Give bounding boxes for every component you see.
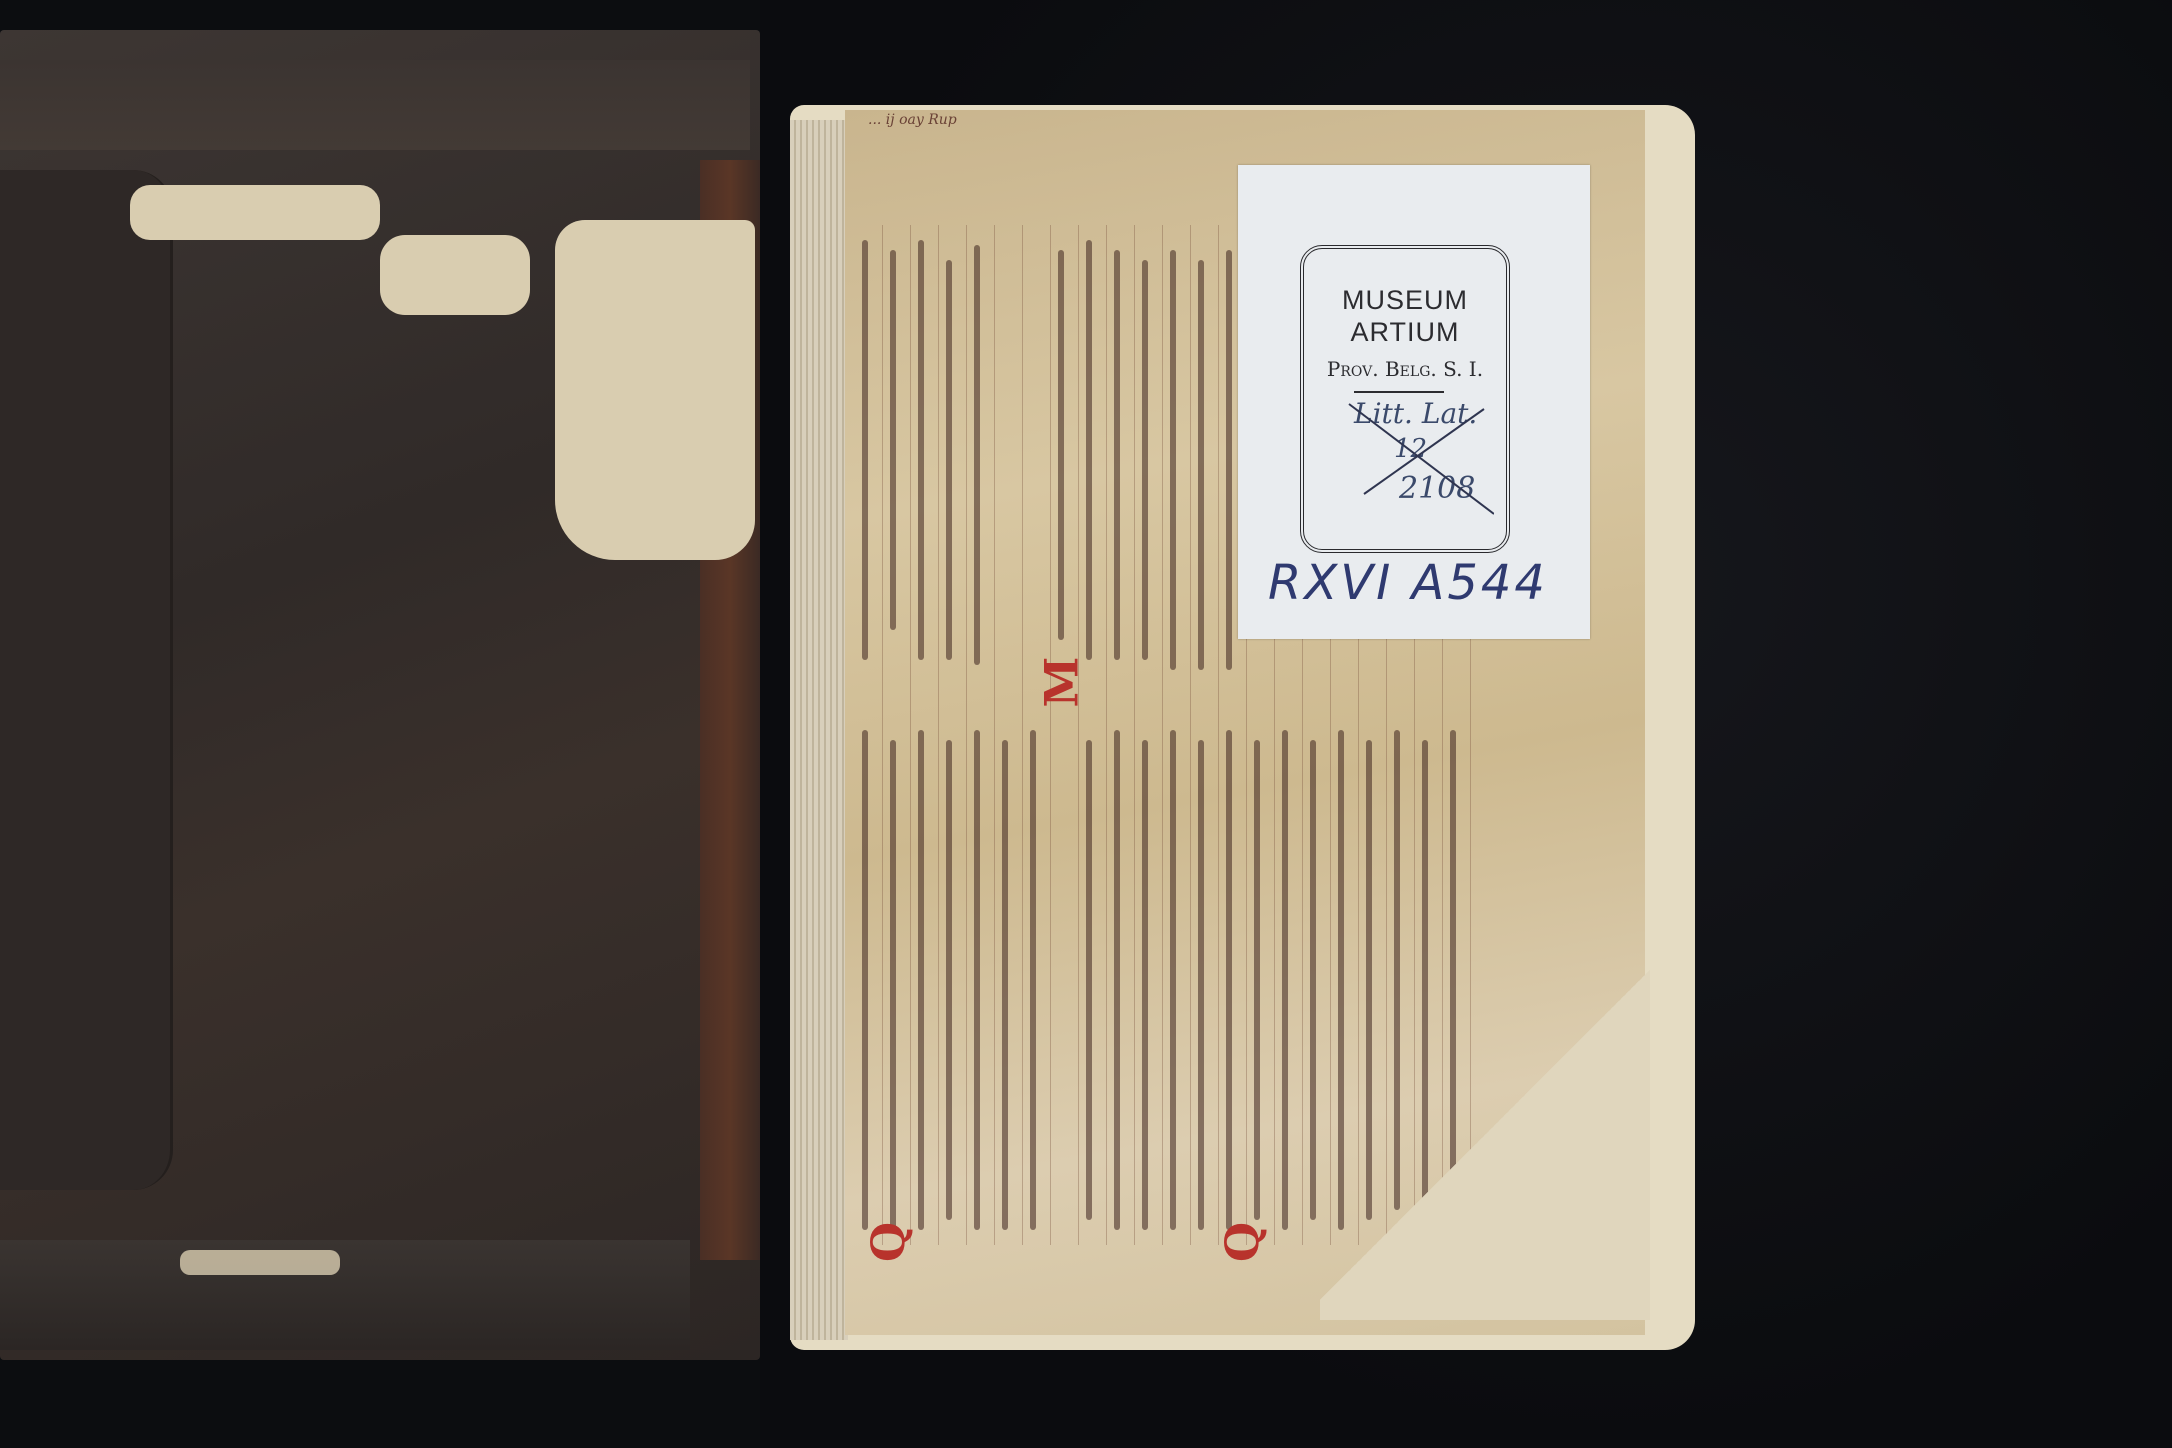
exposed-paper-patch [180, 1250, 340, 1275]
script-line [1310, 740, 1316, 1220]
script-line [890, 740, 896, 1230]
ornamental-frame: MUSEUM ARTIUM Prov. Belg. S. I. Litt. La… [1300, 245, 1510, 553]
script-line [1114, 730, 1120, 1230]
script-line [1114, 250, 1120, 660]
script-line [1058, 250, 1064, 640]
script-line [974, 730, 980, 1230]
script-line [1142, 740, 1148, 1230]
script-line [1226, 730, 1232, 1230]
script-line [1198, 260, 1204, 670]
script-line [890, 250, 896, 630]
script-line [1254, 740, 1260, 1220]
script-line [1086, 240, 1092, 660]
script-line [946, 260, 952, 660]
script-line [1142, 260, 1148, 660]
exposed-paper-patch [380, 235, 530, 315]
label-artium: ARTIUM [1304, 317, 1506, 348]
script-line [1226, 250, 1232, 670]
script-line [946, 740, 952, 1220]
red-initial-q: Q [861, 1222, 915, 1262]
script-line [862, 730, 868, 1230]
script-line [1170, 730, 1176, 1230]
label-province: Prov. Belg. S. I. [1304, 357, 1506, 381]
exposed-paper-patch [555, 220, 755, 560]
script-line [1086, 740, 1092, 1220]
script-line [1002, 740, 1008, 1230]
sewn-spine [790, 120, 848, 1340]
exposed-paper-patch [130, 185, 380, 240]
cover-top-flap [0, 60, 750, 150]
museum-label: MUSEUM ARTIUM Prov. Belg. S. I. Litt. La… [1238, 165, 1590, 639]
script-line [918, 240, 924, 660]
marginal-note: ... ij oay Rup [868, 112, 957, 128]
script-line [918, 730, 924, 1230]
label-museum: MUSEUM [1304, 285, 1506, 316]
red-initial-q: Q [1215, 1222, 1269, 1262]
label-rule [1354, 391, 1444, 393]
cover-inner-panel [0, 170, 173, 1190]
script-line [1282, 730, 1288, 1230]
red-initial-m: M [1034, 657, 1088, 708]
strike-through-cross [1344, 399, 1494, 519]
script-line [1170, 250, 1176, 670]
script-line [1198, 740, 1204, 1230]
script-line [974, 245, 980, 665]
script-line [1030, 730, 1036, 1230]
script-line [862, 240, 868, 660]
shelfmark: RXVI A544 [1268, 555, 1548, 611]
folded-page-corner [1320, 950, 1650, 1320]
cover-bottom-edge [0, 1240, 690, 1350]
